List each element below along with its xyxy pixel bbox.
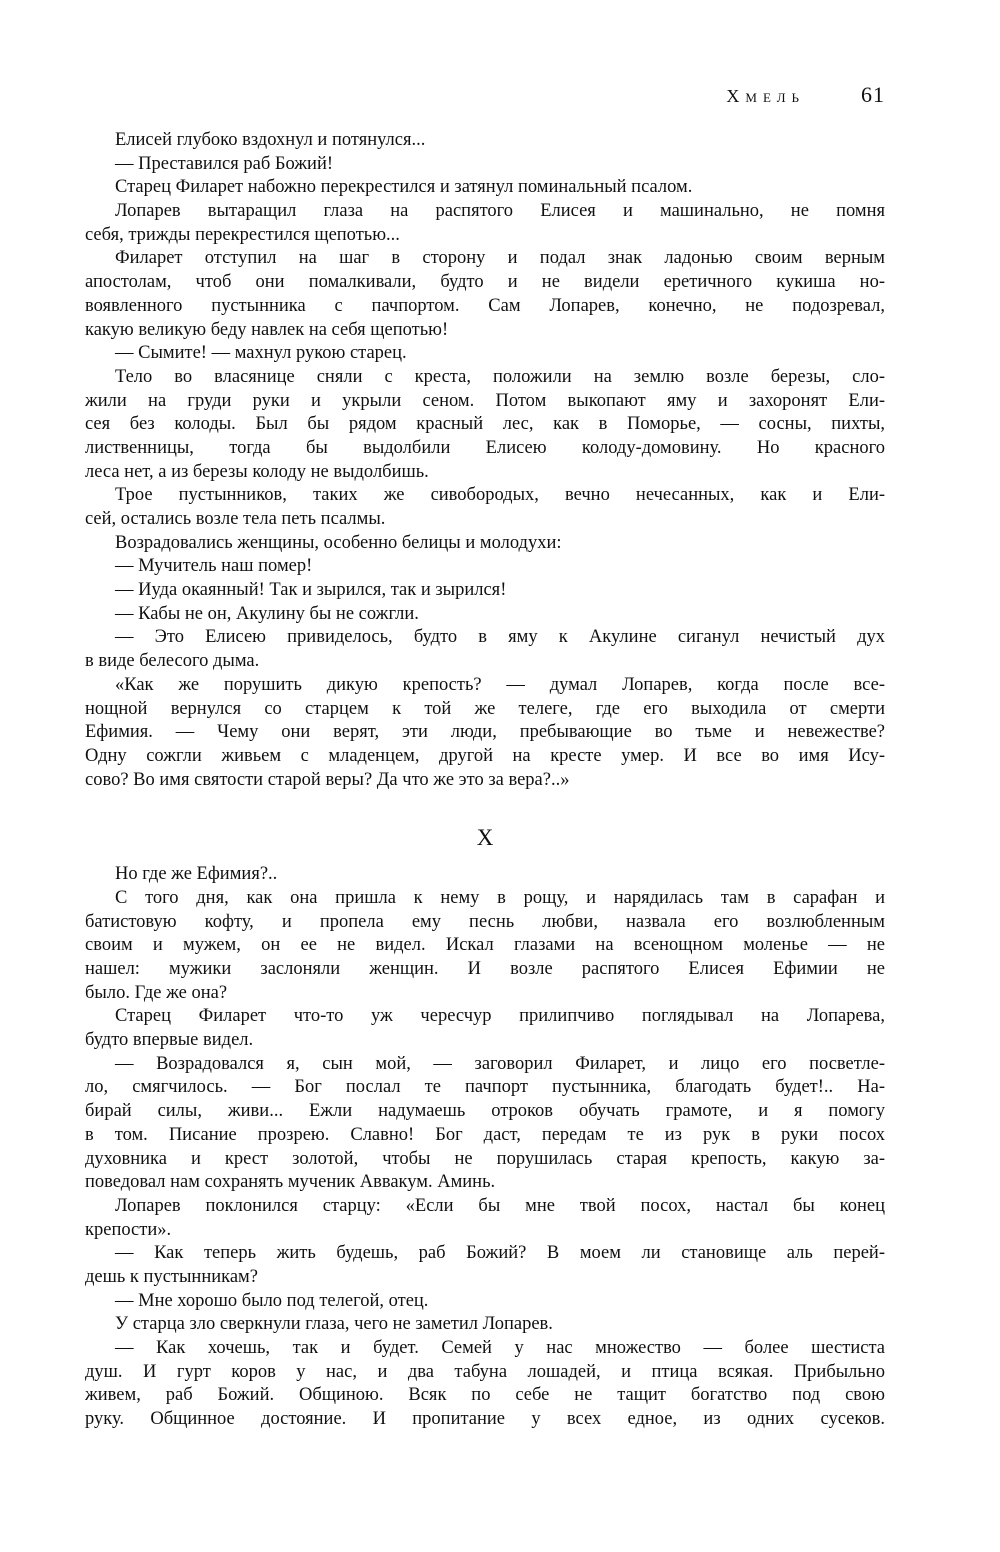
text-line: Старец Филарет набожно перекрестился и з…: [85, 176, 885, 200]
text-line: в виде белесого дыма.: [85, 650, 885, 674]
page-number: 61: [861, 82, 885, 108]
text-line: — Сымите! — махнул рукою старец.: [85, 342, 885, 366]
text-line: лиственницы, тогда бы выдолбили Елисею к…: [85, 437, 885, 461]
text-line: Лопарев поклонился старцу: «Если бы мне …: [85, 1195, 885, 1219]
text-line: — Преставился раб Божий!: [85, 153, 885, 177]
text-line: Но где же Ефимия?..: [85, 863, 885, 887]
text-line: — Кабы не он, Акулину бы не сожгли.: [85, 603, 885, 627]
text-line: Одну сожгли живьем с младенцем, другой н…: [85, 745, 885, 769]
text-line: — Мне хорошо было под телегой, отец.: [85, 1290, 885, 1314]
text-line: сей, остались возле тела петь псалмы.: [85, 508, 885, 532]
text-line: батистовую кофту, и пропела ему песнь лю…: [85, 911, 885, 935]
text-line: было. Где же она?: [85, 982, 885, 1006]
text-line: себя, трижды перекрестился щепотью...: [85, 224, 885, 248]
text-line: живем, раб Божий. Общиною. Всяк по себе …: [85, 1384, 885, 1408]
text-line: «Как же порушить дикую крепость? — думал…: [85, 674, 885, 698]
text-line: — Это Елисею привиделось, будто в яму к …: [85, 626, 885, 650]
text-line: ло, смягчилось. — Бог послал те пачпорт …: [85, 1076, 885, 1100]
text-line: крепости».: [85, 1219, 885, 1243]
text-line: — Как хочешь, так и будет. Семей у нас м…: [85, 1337, 885, 1361]
text-line: — Как теперь жить будешь, раб Божий? В м…: [85, 1242, 885, 1266]
chapter-heading: X: [85, 823, 885, 853]
text-line: воявленного пустынника с пачпортом. Сам …: [85, 295, 885, 319]
text-line: — Возрадовался я, сын мой, — заговорил Ф…: [85, 1053, 885, 1077]
text-line: нощной вернулся со старцем к той же теле…: [85, 698, 885, 722]
text-line: Старец Филарет что-то уж чересчур прилип…: [85, 1005, 885, 1029]
book-page: Хмель 61 Елисей глубоко вздохнул и потян…: [0, 0, 1000, 1552]
text-line: Филарет отступил на шаг в сторону и пода…: [85, 247, 885, 271]
text-line: душ. И гурт коров у нас, и два табуна ло…: [85, 1361, 885, 1385]
text-line: какую великую беду навлек на себя щепоть…: [85, 319, 885, 343]
text-line: своим и мужем, он ее не видел. Искал гла…: [85, 934, 885, 958]
text-line: Трое пустынников, таких же сивобородых, …: [85, 484, 885, 508]
text-line: бирай силы, живи... Ежли надумаешь отрок…: [85, 1100, 885, 1124]
text-line: — Иуда окаянный! Так и зырился, так и зы…: [85, 579, 885, 603]
text-line: поведовал нам сохранять мученик Аввакум.…: [85, 1171, 885, 1195]
running-header: Хмель 61: [85, 82, 885, 108]
text-line: будто впервые видел.: [85, 1029, 885, 1053]
text-line: С того дня, как она пришла к нему в рощу…: [85, 887, 885, 911]
text-line: У старца зло сверкнули глаза, чего не за…: [85, 1313, 885, 1337]
text-line: жили на груди руки и укрыли сеном. Потом…: [85, 390, 885, 414]
page-body: Елисей глубоко вздохнул и потянулся...— …: [85, 129, 885, 1432]
text-line: в том. Писание прозрею. Славно! Бог даст…: [85, 1124, 885, 1148]
text-line: Елисей глубоко вздохнул и потянулся...: [85, 129, 885, 153]
text-line: дешь к пустынникам?: [85, 1266, 885, 1290]
text-line: Ефимия. — Чему они верят, эти люди, преб…: [85, 721, 885, 745]
text-line: леса нет, а из березы колоду не выдолбиш…: [85, 461, 885, 485]
text-line: Возрадовались женщины, особенно белицы и…: [85, 532, 885, 556]
text-line: нашел: мужики заслоняли женщин. И возле …: [85, 958, 885, 982]
running-title: Хмель: [726, 86, 805, 107]
text-line: — Мучитель наш помер!: [85, 555, 885, 579]
text-line: Лопарев вытаращил глаза на распятого Ели…: [85, 200, 885, 224]
text-line: сея без колоды. Был бы рядом красный лес…: [85, 413, 885, 437]
text-line: руку. Общинное достояние. И пропитание у…: [85, 1408, 885, 1432]
text-line: апостолам, чтоб они помалкивали, будто и…: [85, 271, 885, 295]
text-line: сово? Во имя святости старой веры? Да чт…: [85, 769, 885, 793]
text-line: Тело во власянице сняли с креста, положи…: [85, 366, 885, 390]
text-line: духовника и крест золотой, чтобы не пору…: [85, 1148, 885, 1172]
